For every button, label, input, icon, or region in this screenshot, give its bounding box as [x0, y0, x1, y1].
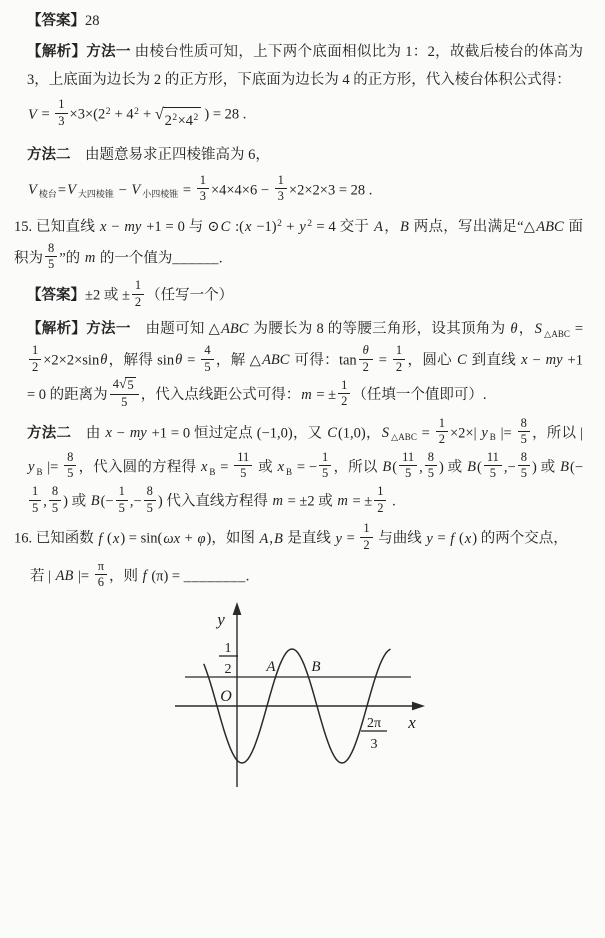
fraction: 115 — [234, 450, 252, 482]
fraction: 4√55 — [110, 377, 139, 410]
q16-figure: y x O A B 1 2 2π 3 — [127, 600, 583, 829]
document-page: 【答案】28【解析】方法一 由棱台性质可知，上下两个底面相似比为 1：2，故截后… — [0, 0, 605, 829]
fraction: θ2 — [359, 343, 373, 375]
fraction: 12 — [29, 343, 41, 375]
question-15: 15. 已知直线 x − my +1 = 0 与 ⊙C :(x −1)2 + y… — [14, 214, 583, 276]
origin-label: O — [220, 688, 232, 705]
fraction: 85 — [518, 416, 530, 448]
fraction: 85 — [425, 450, 437, 482]
question-16-condition: 若 | AB |= π6，则 f (π) = ________. — [30, 560, 583, 594]
formula-frustum-volume: V = 13×3×(22 + 42 + √22×42 ) = 28 . — [27, 98, 583, 135]
analysis-q14-method2: 方法二 由题意易求正四棱锥高为 6， — [27, 142, 583, 170]
fraction: 45 — [201, 343, 213, 375]
x-axis-label: x — [407, 713, 416, 732]
fraction: 115 — [399, 450, 417, 482]
fraction: 85 — [64, 450, 76, 482]
fraction: 12 — [393, 343, 405, 375]
question-16: 16. 已知函数 f (x) = sin(ωx + φ)，如图 A,B 是直线 … — [14, 522, 583, 556]
fraction: 12 — [436, 416, 448, 448]
fraction: 15 — [116, 484, 128, 516]
fraction: 115 — [484, 450, 502, 482]
x-axis-arrow-icon — [412, 701, 425, 710]
doc-body: 【答案】28【解析】方法一 由棱台性质可知，上下两个底面相似比为 1：2，故截后… — [27, 8, 583, 594]
analysis-q15-method2: 方法二 由 x − my +1 = 0 恒过定点 (−1,0)，又 C(1,0)… — [27, 417, 583, 520]
answer-q14: 【答案】28 — [27, 8, 583, 36]
fraction: 85 — [518, 450, 530, 482]
y-axis-label: y — [215, 610, 225, 629]
fraction: 15 — [29, 484, 41, 516]
fraction: 12 — [360, 521, 372, 553]
square-root: √22×42 — [155, 107, 201, 136]
analysis-q15-method1: 【解析】方法一 由题可知 △ABC 为腰长为 8 的等腰三角形，设其顶角为 θ，… — [27, 316, 583, 413]
fraction: 12 — [374, 484, 386, 516]
point-a-label: A — [265, 659, 276, 675]
square-root: √5 — [119, 377, 136, 394]
tick-label-denominator: 3 — [371, 737, 378, 752]
fraction: 13 — [55, 97, 67, 129]
tick-label-numerator: 2π — [367, 716, 381, 731]
fraction: π6 — [95, 559, 107, 591]
half-label-numerator: 1 — [225, 641, 232, 656]
fraction: 85 — [49, 484, 61, 516]
y-axis-arrow-icon — [233, 602, 242, 615]
fraction: 85 — [45, 241, 57, 273]
sine-graph: y x O A B 1 2 2π 3 — [127, 600, 487, 824]
analysis-q14-method1: 【解析】方法一 由棱台性质可知，上下两个底面相似比为 1：2，故截后棱台的体高为… — [27, 39, 583, 95]
blank-line: ________ — [184, 568, 246, 584]
fraction: 12 — [338, 378, 350, 410]
fraction: 15 — [319, 450, 331, 482]
fraction: 12 — [132, 278, 144, 310]
answer-q15: 【答案】±2 或 ±12（任写一个） — [27, 279, 583, 313]
formula-volume-difference: V棱台=V大四棱锥 − V小四棱锥 = 13×4×4×6 − 13×2×2×3 … — [27, 174, 583, 208]
blank-line: ______ — [172, 250, 219, 266]
point-b-label: B — [311, 659, 320, 675]
fraction: 85 — [144, 484, 156, 516]
fraction: 13 — [275, 173, 287, 205]
half-label-denominator: 2 — [225, 662, 232, 677]
fraction: 13 — [197, 173, 209, 205]
